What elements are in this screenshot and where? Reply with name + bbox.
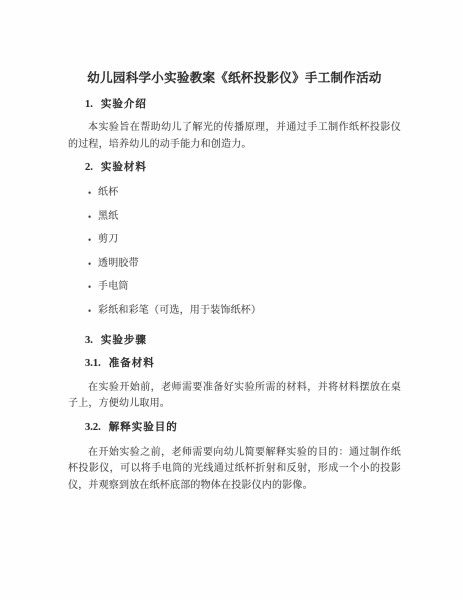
document-title: 幼儿园科学小实验教案《纸杯投影仪》手工制作活动	[68, 70, 401, 87]
heading-label: 实验步骤	[101, 335, 147, 346]
bullet-icon: •	[88, 185, 98, 201]
material-label: 透明胶带	[98, 256, 139, 272]
section-heading-steps: 3.实验步骤	[68, 334, 401, 348]
heading-number: 1.	[85, 98, 93, 112]
material-list-item: • 黑纸	[88, 209, 401, 225]
prepare-paragraph: 在实验开始前，老师需要准备好实验所需的材料，并将材料摆放在桌子上，方便幼儿取用。	[68, 380, 401, 413]
material-list-item: • 透明胶带	[88, 256, 401, 272]
material-label: 纸杯	[98, 185, 118, 201]
material-label: 手电筒	[98, 279, 129, 295]
material-list-item: • 纸杯	[88, 185, 401, 201]
material-list-item: • 手电筒	[88, 279, 401, 295]
bullet-icon: •	[88, 303, 98, 319]
heading-label: 解释实验目的	[109, 422, 178, 433]
bullet-icon: •	[88, 279, 98, 295]
subsection-heading-explain: 3.2.解释实验目的	[68, 421, 401, 435]
explain-paragraph: 在开始实验之前，老师需要向幼儿简要解释实验的目的：通过制作纸杯投影仪，可以将手电…	[68, 445, 401, 495]
material-list-item: • 剪刀	[88, 232, 401, 248]
heading-number: 3.1.	[85, 357, 101, 371]
materials-list: • 纸杯 • 黑纸 • 剪刀 • 透明胶带 • 手电筒 • 彩纸和彩笔（可选，用…	[68, 185, 401, 319]
heading-label: 准备材料	[109, 358, 155, 369]
bullet-icon: •	[88, 232, 98, 248]
heading-label: 实验材料	[101, 162, 147, 173]
intro-paragraph: 本实验旨在帮助幼儿了解光的传播原理，并通过手工制作纸杯投影仪的过程，培养幼儿的动…	[68, 120, 401, 153]
material-list-item: • 彩纸和彩笔（可选，用于装饰纸杯）	[88, 303, 401, 319]
material-label: 黑纸	[98, 209, 118, 225]
material-label: 彩纸和彩笔（可选，用于装饰纸杯）	[98, 303, 261, 319]
heading-number: 2.	[85, 161, 93, 175]
bullet-icon: •	[88, 256, 98, 272]
heading-label: 实验介绍	[101, 99, 147, 110]
heading-number: 3.2.	[85, 421, 101, 435]
section-heading-intro: 1.实验介绍	[68, 98, 401, 112]
heading-number: 3.	[85, 334, 93, 348]
bullet-icon: •	[88, 209, 98, 225]
material-label: 剪刀	[98, 232, 118, 248]
section-heading-materials: 2.实验材料	[68, 161, 401, 175]
document-page: 幼儿园科学小实验教案《纸杯投影仪》手工制作活动 1.实验介绍 本实验旨在帮助幼儿…	[0, 0, 463, 600]
subsection-heading-prepare: 3.1.准备材料	[68, 357, 401, 371]
